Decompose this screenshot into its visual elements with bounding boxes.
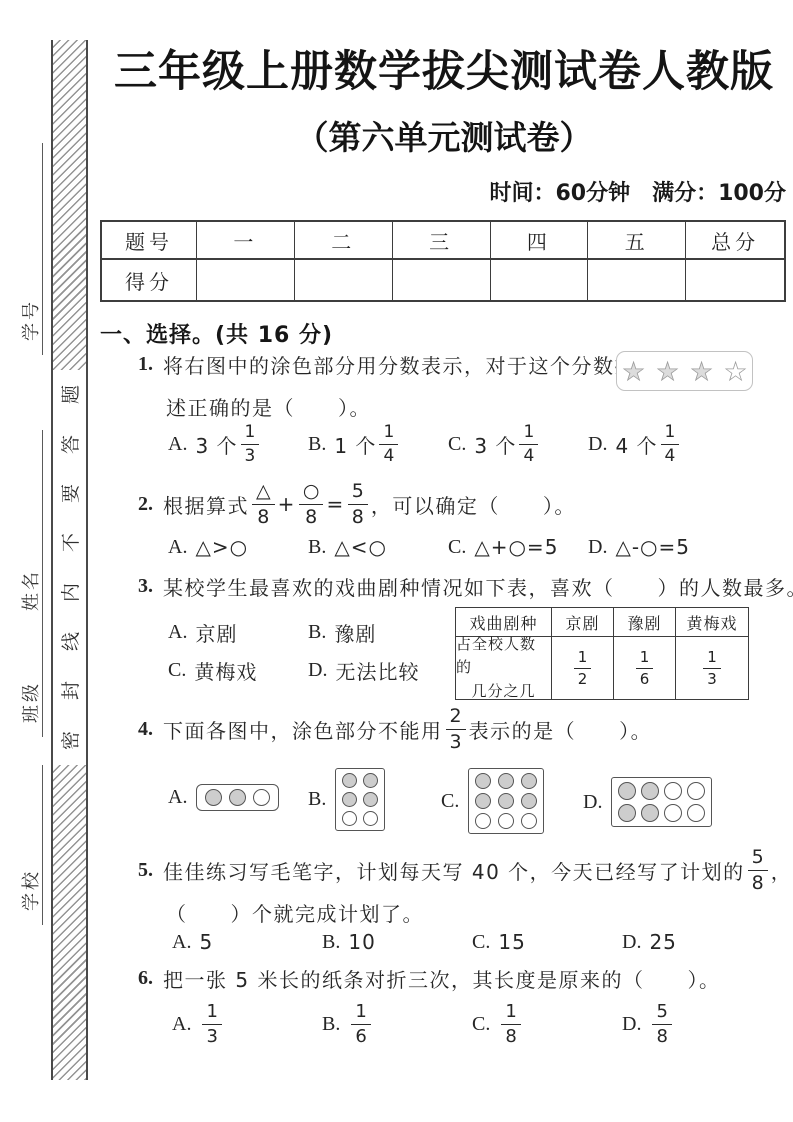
score-empty-cell — [686, 260, 784, 300]
fraction-numerator: 1 — [379, 424, 398, 445]
option-d: D.△-○=5 — [588, 535, 690, 559]
option-b: B.16 — [322, 1003, 472, 1046]
shaded-circle — [498, 773, 514, 789]
shaded-circle — [229, 789, 246, 806]
empty-circle — [475, 813, 491, 829]
question-5-options: A.5 B.10 C.15 D.25 — [172, 930, 677, 954]
fraction-numerator: 1 — [636, 650, 654, 669]
seal-char: 封 — [56, 681, 83, 700]
fraction-denominator: 8 — [656, 1025, 667, 1046]
option-b: B. 1 个 14 — [308, 424, 448, 465]
option-text: 1 个 — [334, 430, 376, 459]
option-a: A. 3 个 13 — [168, 424, 308, 465]
option-d: D.无法比较 — [308, 656, 419, 685]
option-text: △-○=5 — [615, 535, 690, 559]
option-c: C.黄梅戏 — [168, 656, 308, 685]
option-text: 15 — [498, 930, 525, 954]
seal-char: 要 — [56, 484, 83, 503]
option-key: D. — [588, 536, 607, 559]
question-6-line: 6. 把一张 5 米长的纸条对折三次，其长度是原来的（ ）。 — [138, 964, 720, 993]
fraction-denominator: 8 — [257, 505, 269, 527]
empty-circle — [342, 811, 357, 826]
fraction-denominator: 6 — [355, 1025, 366, 1046]
exam-paper-page: 学号 姓名 班级 学校 题 答 要 不 内 线 封 密 三年级上册数学拔尖测试卷… — [0, 0, 793, 1122]
fraction-numerator: 2 — [446, 707, 466, 730]
fraction-numerator: 1 — [574, 650, 592, 669]
option-key: D. — [583, 791, 602, 814]
shaded-circle — [498, 793, 514, 809]
circles-figure-a — [196, 784, 279, 811]
filled-star-icon: ★☆ — [687, 356, 716, 387]
question-2-line: 2. 根据算式 △8 + ○8 = 58 ，可以确定（ ）。 — [138, 478, 576, 530]
question-4-line: 4. 下面各图中，涂色部分不能用 23 表示的是（ ）。 — [138, 704, 652, 754]
fraction-numerator: 1 — [519, 424, 538, 445]
school-label-text: 学校 — [21, 869, 42, 911]
student-id-field-label: 学号 — [17, 143, 43, 355]
circles-figure-b — [335, 768, 385, 831]
fraction-numerator: 1 — [351, 1003, 370, 1025]
empty-circle — [687, 804, 705, 822]
shaded-circle — [521, 793, 537, 809]
score-empty-cell — [393, 260, 491, 300]
fraction-numerator: 5 — [652, 1003, 671, 1025]
option-text: 3 个 — [195, 430, 237, 459]
option-d: D.58 — [622, 1003, 675, 1046]
option-d: D. 4 个 14 — [588, 424, 682, 465]
score-header-cell: 四 — [491, 222, 589, 260]
question-5-text-pre: 佳佳练习写毛笔字，计划每天写 40 个，今天已经写了计划的 — [163, 856, 745, 885]
table-value-cell: 16 — [614, 637, 676, 699]
option-text: 京剧 — [195, 618, 237, 647]
option-key: C. — [472, 1013, 490, 1036]
table-header-cell: 京剧 — [552, 608, 614, 637]
option-c: C. 3 个 14 — [448, 424, 588, 465]
seal-text: 题 答 要 不 内 线 封 密 — [53, 370, 86, 765]
question-1-options: A. 3 个 13 B. 1 个 14 C. 3 个 14 D. 4 个 14 — [168, 420, 682, 468]
shaded-circle — [342, 792, 357, 807]
score-header-cell: 五 — [588, 222, 686, 260]
empty-star-icon: ★☆ — [721, 356, 750, 387]
time-info: 时间：60分钟 满分：100分 — [100, 176, 786, 207]
option-key: C. — [448, 536, 466, 559]
seal-char: 题 — [56, 385, 83, 404]
question-5-text-2: （ ）个就完成计划了。 — [166, 898, 424, 927]
page-subtitle: （第六单元测试卷） — [100, 112, 788, 159]
option-c: C.18 — [472, 1003, 622, 1046]
class-label-text: 班级 — [21, 681, 42, 723]
option-key: D. — [622, 1013, 641, 1036]
question-5-line-1: 5. 佳佳练习写毛笔字，计划每天写 40 个，今天已经写了计划的 58 ，再写 — [138, 846, 793, 894]
star-rating-figure: ★☆★☆★☆★☆ — [616, 351, 753, 391]
score-empty-cell — [295, 260, 393, 300]
empty-circle — [687, 782, 705, 800]
option-c: C.15 — [472, 930, 622, 954]
seal-char: 不 — [56, 533, 83, 552]
table-row-label: 占全校人数的 几分之几 — [456, 637, 552, 699]
shaded-circle — [342, 773, 357, 788]
seal-char: 答 — [56, 435, 83, 454]
score-header-cell: 三 — [393, 222, 491, 260]
page-title: 三年级上册数学拔尖测试卷人教版 — [100, 38, 788, 99]
shaded-circle — [475, 773, 491, 789]
name-field-label: 姓名 — [17, 430, 43, 625]
seal-hatch-top — [53, 40, 86, 370]
question-3-text: 某校学生最喜欢的戏曲剧种情况如下表，喜欢（ ）的人数最多。 — [163, 572, 793, 601]
question-2-text-pre: 根据算式 — [163, 490, 249, 519]
option-key: A. — [168, 786, 187, 809]
fraction-denominator: 3 — [245, 445, 256, 465]
fraction-denominator: 3 — [707, 669, 717, 687]
question-6-options: A.13 B.16 C.18 D.58 — [172, 998, 675, 1050]
shaded-circle — [641, 782, 659, 800]
option-text: 无法比较 — [335, 656, 419, 685]
fraction-denominator: 8 — [752, 871, 764, 893]
question-3-line: 3. 某校学生最喜欢的戏曲剧种情况如下表，喜欢（ ）的人数最多。 — [138, 572, 793, 601]
option-key: D. — [588, 433, 607, 456]
option-text: △<○ — [334, 535, 387, 559]
shaded-circle — [363, 792, 378, 807]
fraction-denominator: 3 — [450, 730, 462, 752]
seal-hatch-bottom — [53, 765, 86, 1080]
filled-star-icon: ★☆ — [653, 356, 682, 387]
seal-char: 内 — [56, 583, 83, 602]
option-key: C. — [168, 659, 186, 682]
option-a: A.△>○ — [168, 535, 308, 559]
question-1-number: 1. — [138, 353, 153, 376]
option-text: 10 — [348, 930, 375, 954]
star-icons: ★☆★☆★☆★☆ — [619, 356, 750, 387]
option-key: A. — [172, 931, 191, 954]
score-header-cell: 二 — [295, 222, 393, 260]
question-5-line-2: （ ）个就完成计划了。 — [166, 898, 424, 927]
triangle-numerator: △ — [252, 482, 275, 505]
seal-char: 密 — [56, 731, 83, 750]
score-empty-cell — [491, 260, 589, 300]
shaded-circle — [475, 793, 491, 809]
question-2-options: A.△>○ B.△<○ C.△+○=5 D.△-○=5 — [168, 532, 690, 562]
option-key: B. — [322, 931, 340, 954]
score-row-label: 得分 — [102, 260, 197, 300]
option-text: 4 个 — [615, 430, 657, 459]
option-key: A. — [168, 433, 187, 456]
table-header-cell: 黄梅戏 — [676, 608, 748, 637]
fraction-denominator: 2 — [578, 669, 588, 687]
circle-numerator: ○ — [299, 482, 324, 505]
option-key: C. — [448, 433, 466, 456]
fraction-denominator: 4 — [523, 445, 534, 465]
score-header-cell: 一 — [197, 222, 295, 260]
question-4-figures: A. B. C. D. — [168, 768, 778, 832]
fraction-numerator: 1 — [703, 650, 721, 669]
seal-char: 线 — [56, 632, 83, 651]
option-key: B. — [322, 1013, 340, 1036]
question-4-text-post: 表示的是（ ）。 — [469, 715, 653, 744]
empty-circle — [664, 782, 682, 800]
question-5-number: 5. — [138, 859, 153, 882]
shaded-circle — [641, 804, 659, 822]
fraction-denominator: 8 — [505, 1025, 516, 1046]
option-b: B.豫剧 — [308, 618, 376, 647]
question-1-text-2: 述正确的是（ ）。 — [166, 392, 371, 421]
option-key: B. — [308, 536, 326, 559]
option-key: C. — [472, 931, 490, 954]
fraction-denominator: 8 — [352, 505, 364, 527]
shaded-circle — [618, 782, 636, 800]
question-2-text-post: ，可以确定（ ）。 — [371, 490, 576, 519]
question-5-text-post: ，再写 — [771, 856, 793, 885]
fraction-numerator: 5 — [748, 848, 768, 871]
option-text: 黄梅戏 — [194, 656, 257, 685]
option-text: 豫剧 — [334, 618, 376, 647]
question-1-line-1: 1. 将右图中的涂色部分用分数表示，对于这个分数描 — [138, 350, 636, 379]
question-3-options-row-1: A.京剧 B.豫剧 — [168, 618, 376, 647]
class-field-label: 班级 — [17, 612, 43, 737]
option-a: A.京剧 — [168, 618, 308, 647]
fraction-numerator: 1 — [501, 1003, 520, 1025]
row-label-line-2: 几分之几 — [471, 680, 535, 703]
shaded-circle — [363, 773, 378, 788]
option-text: △>○ — [195, 535, 248, 559]
score-header-cell: 总分 — [686, 222, 784, 260]
question-4-number: 4. — [138, 718, 153, 741]
question-3-options-row-2: C.黄梅戏 D.无法比较 — [168, 656, 419, 685]
option-a: A.5 — [172, 930, 322, 954]
name-label-text: 姓名 — [21, 569, 42, 611]
option-key: B. — [308, 621, 326, 644]
score-empty-cell — [197, 260, 295, 300]
question-4-text-pre: 下面各图中，涂色部分不能用 — [163, 715, 443, 744]
equals-operator: = — [326, 492, 344, 516]
empty-circle — [363, 811, 378, 826]
circles-figure-c — [468, 768, 544, 834]
option-key: C. — [441, 790, 459, 813]
circles-figure-d — [611, 777, 712, 827]
table-value-cell: 13 — [676, 637, 748, 699]
shaded-circle — [205, 789, 222, 806]
option-key: B. — [308, 433, 326, 456]
empty-circle — [498, 813, 514, 829]
option-a: A.13 — [172, 1003, 322, 1046]
score-table: 题号 一 二 三 四 五 总分 得分 — [100, 220, 786, 302]
option-d: D.25 — [622, 930, 677, 954]
question-1-text-1: 将右图中的涂色部分用分数表示，对于这个分数描 — [163, 350, 636, 379]
figure-b: B. — [308, 768, 385, 831]
figure-c: C. — [441, 768, 544, 834]
question-2-number: 2. — [138, 493, 153, 516]
section-heading: 一、选择。(共 16 分) — [100, 318, 333, 349]
option-text: 25 — [649, 930, 676, 954]
fraction-numerator: 5 — [348, 482, 368, 505]
option-key: A. — [168, 621, 187, 644]
option-key: A. — [168, 536, 187, 559]
option-key: A. — [172, 1013, 191, 1036]
option-text: △+○=5 — [474, 535, 558, 559]
question-1-line-2: 述正确的是（ ）。 — [166, 392, 371, 421]
score-header-cell: 题号 — [102, 222, 197, 260]
empty-circle — [521, 813, 537, 829]
table-header-cell: 豫剧 — [614, 608, 676, 637]
empty-circle — [253, 789, 270, 806]
fraction-numerator: 1 — [202, 1003, 221, 1025]
option-key: D. — [308, 659, 327, 682]
table-value-cell: 12 — [552, 637, 614, 699]
plus-operator: + — [278, 492, 296, 516]
option-b: B.10 — [322, 930, 472, 954]
fraction-denominator: 3 — [206, 1025, 217, 1046]
seal-line-strip: 题 答 要 不 内 线 封 密 — [51, 40, 88, 1080]
question-6-number: 6. — [138, 967, 153, 990]
fraction-numerator: 1 — [661, 424, 680, 445]
fraction-numerator: 1 — [241, 424, 260, 445]
shaded-circle — [521, 773, 537, 789]
score-empty-cell — [588, 260, 686, 300]
option-text: 5 — [199, 930, 213, 954]
row-label-line-1: 占全校人数的 — [456, 633, 551, 680]
option-key: B. — [308, 788, 326, 811]
figure-d: D. — [583, 777, 712, 827]
empty-circle — [664, 804, 682, 822]
option-text: 3 个 — [474, 430, 516, 459]
fraction-denominator: 4 — [383, 445, 394, 465]
fraction-denominator: 8 — [305, 505, 317, 527]
student-id-label-text: 学号 — [21, 299, 42, 341]
question-3-number: 3. — [138, 575, 153, 598]
filled-star-icon: ★☆ — [619, 356, 648, 387]
figure-a: A. — [168, 784, 279, 811]
option-c: C.△+○=5 — [448, 535, 588, 559]
shaded-circle — [618, 804, 636, 822]
school-field-label: 学校 — [17, 765, 43, 925]
question-6-text: 把一张 5 米长的纸条对折三次，其长度是原来的（ ）。 — [163, 964, 720, 993]
fraction-denominator: 6 — [640, 669, 650, 687]
fraction-denominator: 4 — [665, 445, 676, 465]
option-key: D. — [622, 931, 641, 954]
opera-genre-table: 戏曲剧种 京剧 豫剧 黄梅戏 占全校人数的 几分之几 12 16 13 — [455, 607, 749, 700]
option-b: B.△<○ — [308, 535, 448, 559]
